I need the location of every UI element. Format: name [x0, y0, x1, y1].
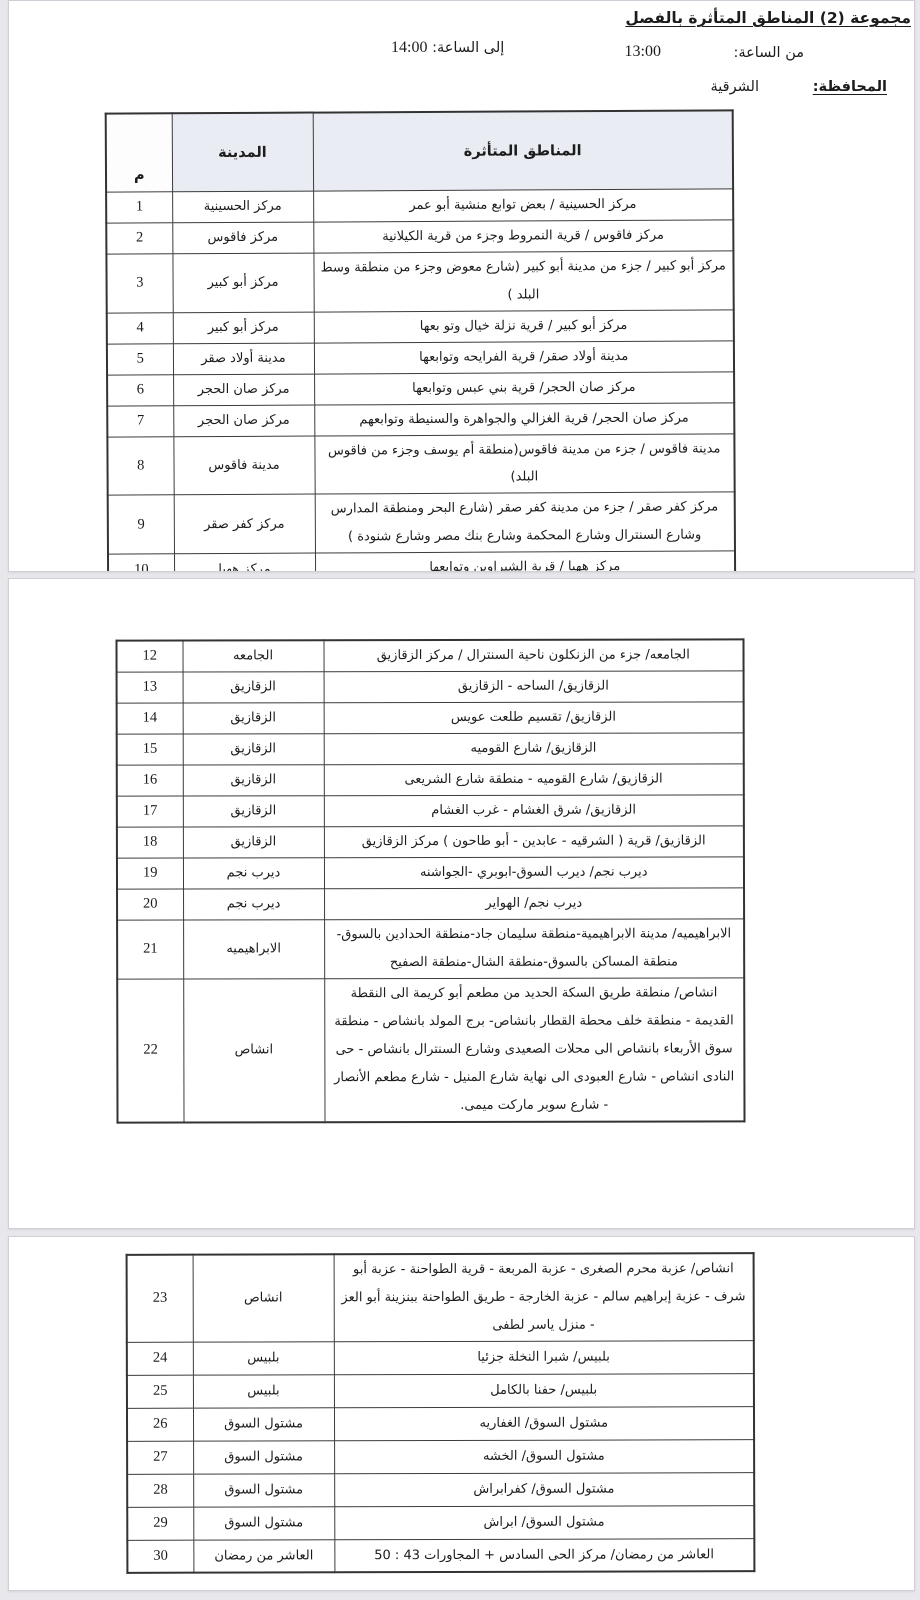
affected-areas-table: المناطق المتأثرة المدينة م مركز الحسينية…	[105, 109, 737, 572]
column-header-num: م	[106, 113, 172, 192]
cell-row-number: 14	[117, 703, 183, 734]
cell-row-number: 28	[127, 1474, 193, 1507]
cell-city: العاشر من رمضان	[193, 1540, 334, 1573]
cell-affected-areas: الزقازيق/ قرية ( الشرقيه - عابدين - أبو …	[324, 826, 744, 858]
cell-row-number: 23	[127, 1255, 193, 1342]
table-row: مركز ههيا / قرية الشبراوين وتوابعهامركز …	[108, 551, 735, 572]
table-row: الزقازيق/ شارع القوميهالزقازيق15	[117, 733, 744, 765]
cell-row-number: 13	[117, 672, 183, 703]
cell-row-number: 5	[107, 343, 173, 374]
column-header-city: المدينة	[172, 113, 313, 192]
cell-city: بلبيس	[193, 1342, 334, 1375]
cell-row-number: 25	[127, 1375, 193, 1408]
cell-affected-areas: مركز الحسينية / بعض توابع منشية أبو عمر	[313, 189, 733, 222]
cell-affected-areas: مركز ههيا / قرية الشبراوين وتوابعها	[315, 551, 735, 572]
cell-row-number: 17	[117, 796, 183, 827]
cell-row-number: 26	[127, 1408, 193, 1441]
cell-city: الزقازيق	[183, 765, 324, 796]
table-row: مركز الحسينية / بعض توابع منشية أبو عمرم…	[106, 189, 733, 223]
affected-areas-table-part2: الجامعه/ جزء من الزنكلون ناحية السنترال …	[117, 638, 745, 1123]
cell-affected-areas: الزقازيق/ شارع القوميه - منطقة شارع الشر…	[324, 764, 744, 796]
cell-affected-areas: ديرب نجم/ ديرب السوق-ابوبري -الجواشنه	[324, 857, 744, 889]
cell-affected-areas: انشاص/ منطقة طريق السكة الحديد من مطعم أ…	[324, 978, 744, 1122]
table-row: الزقازيق/ الساحه - الزقازيقالزقازيق13	[117, 671, 744, 703]
to-hour-value: 14:00	[391, 39, 427, 56]
cell-row-number: 20	[117, 889, 183, 920]
cell-city: الزقازيق	[183, 796, 324, 827]
cell-city: الزقازيق	[183, 672, 324, 703]
cell-row-number: 21	[117, 920, 183, 979]
cell-row-number: 15	[117, 734, 183, 765]
cell-city: مدينة أولاد صقر	[173, 343, 314, 375]
affected-areas-table-part1: المناطق المتأثرة المدينة م مركز الحسينية…	[107, 109, 737, 572]
table-row: مشتول السوق/ كفرابراشمشتول السوق28	[127, 1472, 754, 1507]
table-row: مشتول السوق/ الخشهمشتول السوق27	[127, 1439, 754, 1474]
cell-city: ديرب نجم	[183, 858, 324, 889]
table-row: مركز أبو كبير / جزء من مدينة أبو كبير (ش…	[106, 251, 733, 313]
table-row: مدينة أولاد صقر/ قرية الفرايحه وتوابعهام…	[107, 341, 734, 375]
table-row: العاشر من رمضان/ مركز الحى السادس + المج…	[127, 1538, 754, 1573]
table-row: الابراهيميه/ مدينة الابراهيمية-منطقة سلي…	[117, 919, 744, 979]
cell-row-number: 1	[106, 192, 172, 223]
cell-city: مركز كفر صقر	[174, 494, 315, 554]
governorate-value: الشرقية	[711, 79, 759, 95]
cell-affected-areas: مدينة أولاد صقر/ قرية الفرايحه وتوابعها	[314, 341, 734, 374]
scanned-document-canvas: { "document": { "title": "مجموعة (2) الم…	[0, 0, 920, 1600]
cell-affected-areas: ديرب نجم/ الهواير	[324, 888, 744, 920]
cell-row-number: 8	[107, 436, 173, 495]
cell-affected-areas: مشتول السوق/ الغفاريه	[334, 1406, 754, 1440]
cell-affected-areas: الجامعه/ جزء من الزنكلون ناحية السنترال …	[323, 639, 743, 671]
cell-city: الزقازيق	[183, 827, 324, 858]
cell-row-number: 18	[117, 827, 183, 858]
table-row: ديرب نجم/ الهوايرديرب نجم20	[117, 888, 744, 920]
table-row: مركز صان الحجر/ قرية الغزالي والجواهرة و…	[107, 402, 734, 436]
cell-affected-areas: مركز كفر صقر / جزء من مدينة كفر صقر (شار…	[315, 492, 735, 553]
from-hour-label: من الساعة:	[733, 45, 804, 61]
cell-city: مركز الحسينية	[172, 191, 313, 223]
cell-row-number: 4	[107, 313, 173, 344]
cell-affected-areas: الزقازيق/ تقسيم طلعت عويس	[324, 702, 744, 734]
from-hour-value: 13:00	[625, 43, 661, 61]
affected-areas-table: انشاص/ عزبة محرم الصغرى - عزبة المربعة -…	[126, 1252, 756, 1574]
cell-row-number: 6	[107, 374, 173, 405]
cell-affected-areas: بلبيس/ شبرا النخلة جزئيا	[334, 1340, 754, 1374]
table-row: ديرب نجم/ ديرب السوق-ابوبري -الجواشنهدير…	[117, 857, 744, 889]
cell-affected-areas: الزقازيق/ شارع القوميه	[324, 733, 744, 765]
table-row: مركز فاقوس / قرية النمروط وجزء من قرية ا…	[106, 220, 733, 254]
to-hour-group: إلى الساعة: 14:00	[391, 39, 504, 57]
cell-city: مركز أبو كبير	[172, 253, 313, 313]
cell-city: مركز أبو كبير	[173, 312, 314, 344]
cell-city: مشتول السوق	[193, 1474, 334, 1507]
scanned-page-1: مجموعة (2) المناطق المتأثرة بالفصل من ال…	[8, 0, 915, 572]
governorate-label: المحافظة:	[813, 79, 887, 95]
cell-affected-areas: بلبيس/ حفنا بالكامل	[334, 1373, 754, 1407]
cell-city: الزقازيق	[183, 703, 324, 734]
table-row: مركز أبو كبير / قرية نزلة خيال وتو بعهام…	[107, 310, 734, 344]
affected-areas-table: الجامعه/ جزء من الزنكلون ناحية السنترال …	[115, 638, 745, 1123]
table-row: انشاص/ عزبة محرم الصغرى - عزبة المربعة -…	[127, 1253, 754, 1342]
table-row: بلبيس/ شبرا النخلة جزئيابلبيس24	[127, 1340, 754, 1375]
table-row: الجامعه/ جزء من الزنكلون ناحية السنترال …	[116, 639, 743, 672]
cell-city: مشتول السوق	[193, 1408, 334, 1441]
table-row: الزقازيق/ شارع القوميه - منطقة شارع الشر…	[117, 764, 744, 796]
cell-city: الابراهيميه	[183, 920, 324, 979]
cell-row-number: 9	[108, 495, 174, 554]
cell-row-number: 29	[127, 1507, 193, 1540]
column-header-areas: المناطق المتأثرة	[313, 110, 733, 191]
cell-affected-areas: مدينة فاقوس / جزء من مدينة فاقوس(منطقة أ…	[314, 433, 734, 494]
cell-row-number: 3	[106, 254, 172, 313]
cell-city: الجامعه	[182, 640, 323, 672]
cell-row-number: 24	[127, 1342, 193, 1375]
cell-affected-areas: العاشر من رمضان/ مركز الحى السادس + المج…	[334, 1538, 754, 1572]
table-row: بلبيس/ حفنا بالكاملبلبيس25	[127, 1373, 754, 1408]
cell-row-number: 7	[107, 405, 173, 436]
affected-areas-table-part3: انشاص/ عزبة محرم الصغرى - عزبة المربعة -…	[128, 1252, 756, 1574]
cell-affected-areas: الزقازيق/ شرق الغشام - غرب الغشام	[324, 795, 744, 827]
cell-affected-areas: مشتول السوق/ الخشه	[334, 1439, 754, 1473]
cell-city: مشتول السوق	[193, 1441, 334, 1474]
table-row: الزقازيق/ تقسيم طلعت عويسالزقازيق14	[117, 702, 744, 734]
scanned-page-3: انشاص/ عزبة محرم الصغرى - عزبة المربعة -…	[8, 1236, 915, 1591]
cell-row-number: 30	[127, 1540, 193, 1573]
cell-city: مدينة فاقوس	[173, 436, 314, 496]
cell-affected-areas: الابراهيميه/ مدينة الابراهيمية-منطقة سلي…	[324, 919, 744, 979]
table-row: الزقازيق/ قرية ( الشرقيه - عابدين - أبو …	[117, 826, 744, 858]
table-row: انشاص/ منطقة طريق السكة الحديد من مطعم أ…	[117, 978, 744, 1123]
cell-affected-areas: مركز صان الحجر/ قرية بني عبس وتوابعها	[314, 371, 734, 404]
cell-city: بلبيس	[193, 1375, 334, 1408]
cell-row-number: 2	[106, 223, 172, 254]
cell-city: مركز صان الحجر	[173, 374, 314, 406]
cell-row-number: 19	[117, 858, 183, 889]
table-row: مركز كفر صقر / جزء من مدينة كفر صقر (شار…	[108, 492, 735, 554]
cell-affected-areas: الزقازيق/ الساحه - الزقازيق	[324, 671, 744, 703]
cell-city: مركز ههيا	[174, 553, 315, 572]
cell-affected-areas: مركز فاقوس / قرية النمروط وجزء من قرية ا…	[313, 220, 733, 253]
table-row: مشتول السوق/ الغفاريهمشتول السوق26	[127, 1406, 754, 1441]
cell-city: مشتول السوق	[193, 1507, 334, 1540]
table-row: مدينة فاقوس / جزء من مدينة فاقوس(منطقة أ…	[107, 433, 734, 495]
table-row: مشتول السوق/ ابراشمشتول السوق29	[127, 1505, 754, 1540]
cell-affected-areas: مشتول السوق/ كفرابراش	[334, 1472, 754, 1506]
scanned-page-2: الجامعه/ جزء من الزنكلون ناحية السنترال …	[8, 578, 915, 1229]
table-row: مركز صان الحجر/ قرية بني عبس وتوابعهامرك…	[107, 371, 734, 405]
cell-row-number: 27	[127, 1441, 193, 1474]
cell-row-number: 12	[116, 641, 182, 673]
cell-affected-areas: مشتول السوق/ ابراش	[334, 1505, 754, 1539]
cell-city: الزقازيق	[183, 734, 324, 765]
to-hour-label: إلى الساعة:	[432, 40, 504, 56]
cell-city: انشاص	[193, 1254, 334, 1342]
cell-row-number: 16	[117, 765, 183, 796]
cell-row-number: 22	[117, 979, 183, 1122]
cell-affected-areas: مركز أبو كبير / قرية نزلة خيال وتو بعها	[314, 310, 734, 343]
table-header-row: المناطق المتأثرة المدينة م	[106, 110, 733, 192]
cell-city: مركز فاقوس	[172, 222, 313, 254]
cell-affected-areas: مركز أبو كبير / جزء من مدينة أبو كبير (ش…	[313, 251, 733, 312]
cell-affected-areas: انشاص/ عزبة محرم الصغرى - عزبة المربعة -…	[334, 1253, 754, 1341]
document-title: مجموعة (2) المناطق المتأثرة بالفصل	[625, 9, 911, 27]
table-row: الزقازيق/ شرق الغشام - غرب الغشامالزقازي…	[117, 795, 744, 827]
cell-city: مركز صان الحجر	[173, 405, 314, 437]
cell-city: ديرب نجم	[183, 889, 324, 920]
cell-city: انشاص	[183, 979, 324, 1122]
cell-row-number: 10	[108, 554, 174, 572]
cell-affected-areas: مركز صان الحجر/ قرية الغزالي والجواهرة و…	[314, 402, 734, 435]
